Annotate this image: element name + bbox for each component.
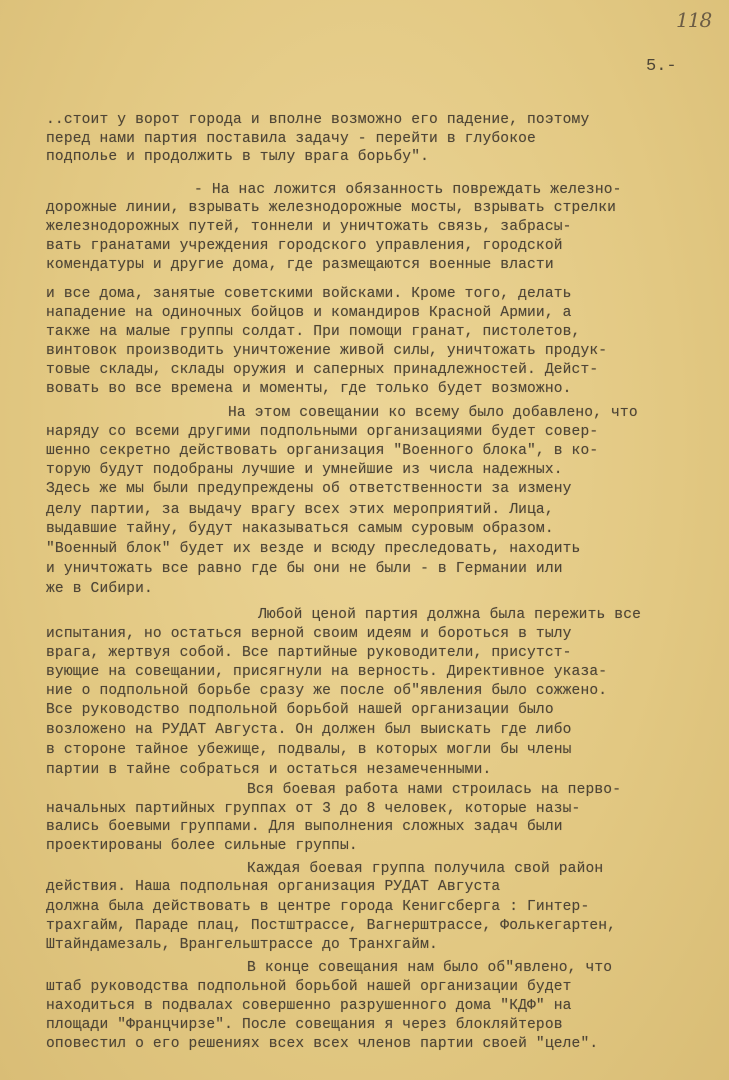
text-line: шенно секретно действовать организация "… <box>46 442 598 460</box>
text-line: перед нами партия поставила задачу - пер… <box>46 130 536 148</box>
text-line: врага, жертвуя собой. Все партийные руко… <box>46 644 572 662</box>
text-line: На этом совещании ко всему было добавлен… <box>228 404 638 422</box>
text-line: оповестил о его решениях всех всех члено… <box>46 1035 598 1053</box>
text-line: также на малые группы солдат. При помощи… <box>46 323 580 341</box>
text-line: партии в тайне собраться и остаться неза… <box>46 761 491 779</box>
text-line: Каждая боевая группа получила свой район <box>247 860 603 878</box>
text-line: возложено на РУДАТ Августа. Он должен бы… <box>46 721 572 739</box>
text-line: - На нас ложится обязанность повреждать … <box>194 181 622 199</box>
text-line: Штайндамезаль, Врангельштрассе до Транхг… <box>46 936 438 954</box>
text-line: должна была действовать в центре города … <box>46 898 589 916</box>
text-line: действия. Наша подпольная организация РУ… <box>46 878 500 896</box>
text-line: нападение на одиночных бойцов и командир… <box>46 304 572 322</box>
text-line: В конце совещания нам было об"явлено, чт… <box>247 959 612 977</box>
text-line: вовать во все времена и моменты, где тол… <box>46 380 572 398</box>
text-line: вать гранатами учреждения городского упр… <box>46 237 563 255</box>
text-line: площади "Францчирзе". После совещания я … <box>46 1016 563 1034</box>
text-line: штаб руководства подпольной борьбой наше… <box>46 978 572 996</box>
text-line: торую будут подобраны лучшие и умнейшие … <box>46 461 563 479</box>
text-line: же в Сибири. <box>46 580 153 598</box>
text-line: начальных партийных группах от 3 до 8 че… <box>46 800 580 818</box>
text-line: делу партии, за выдачу врагу всех этих м… <box>46 501 554 519</box>
text-line: Здесь же мы были предупреждены об ответс… <box>46 480 572 498</box>
text-line: и уничтожать все равно где бы они не был… <box>46 560 563 578</box>
text-line: железнодорожных путей, тоннели и уничтож… <box>46 218 572 236</box>
text-line: Все руководство подпольной борьбой нашей… <box>46 701 554 719</box>
page-number: 5.- <box>646 57 677 76</box>
text-line: наряду со всеми другими подпольными орга… <box>46 423 598 441</box>
text-line: находиться в подвалах совершенно разруше… <box>46 997 572 1015</box>
text-line: "Военный блок" будет их везде и всюду пр… <box>46 540 580 558</box>
text-line: вующие на совещании, присягнули на верно… <box>46 663 607 681</box>
handwritten-archive-number: 118 <box>676 8 711 32</box>
text-line: товые склады, склады оружия и саперных п… <box>46 361 598 379</box>
text-line: подполье и продолжить в тылу врага борьб… <box>46 148 429 166</box>
text-line: комендатуры и другие дома, где размещают… <box>46 256 554 274</box>
text-line: винтовок производить уничтожение живой с… <box>46 342 607 360</box>
text-line: трахгайм, Параде плац, Постштрассе, Вагн… <box>46 917 616 935</box>
text-line: в стороне тайное убежище, подвалы, в кот… <box>46 741 572 759</box>
text-line: проектированы более сильные группы. <box>46 837 358 855</box>
text-line: Вся боевая работа нами строилась на перв… <box>247 781 621 799</box>
text-line: Любой ценой партия должна была пережить … <box>258 606 641 624</box>
typewritten-document-page: 118 5.- ..стоит у ворот города и вполне … <box>0 0 729 1080</box>
text-line: выдавшие тайну, будут наказываться самым… <box>46 520 554 538</box>
text-line: ..стоит у ворот города и вполне возможно… <box>46 111 589 129</box>
text-line: испытания, но остаться верной своим идея… <box>46 625 572 643</box>
text-line: ние о подпольной борьбе сразу же после о… <box>46 682 607 700</box>
text-line: и все дома, занятые советскими войсками.… <box>46 285 572 303</box>
text-line: вались боевыми группами. Для выполнения … <box>46 818 563 836</box>
text-line: дорожные линии, взрывать железнодорожные… <box>46 199 616 217</box>
